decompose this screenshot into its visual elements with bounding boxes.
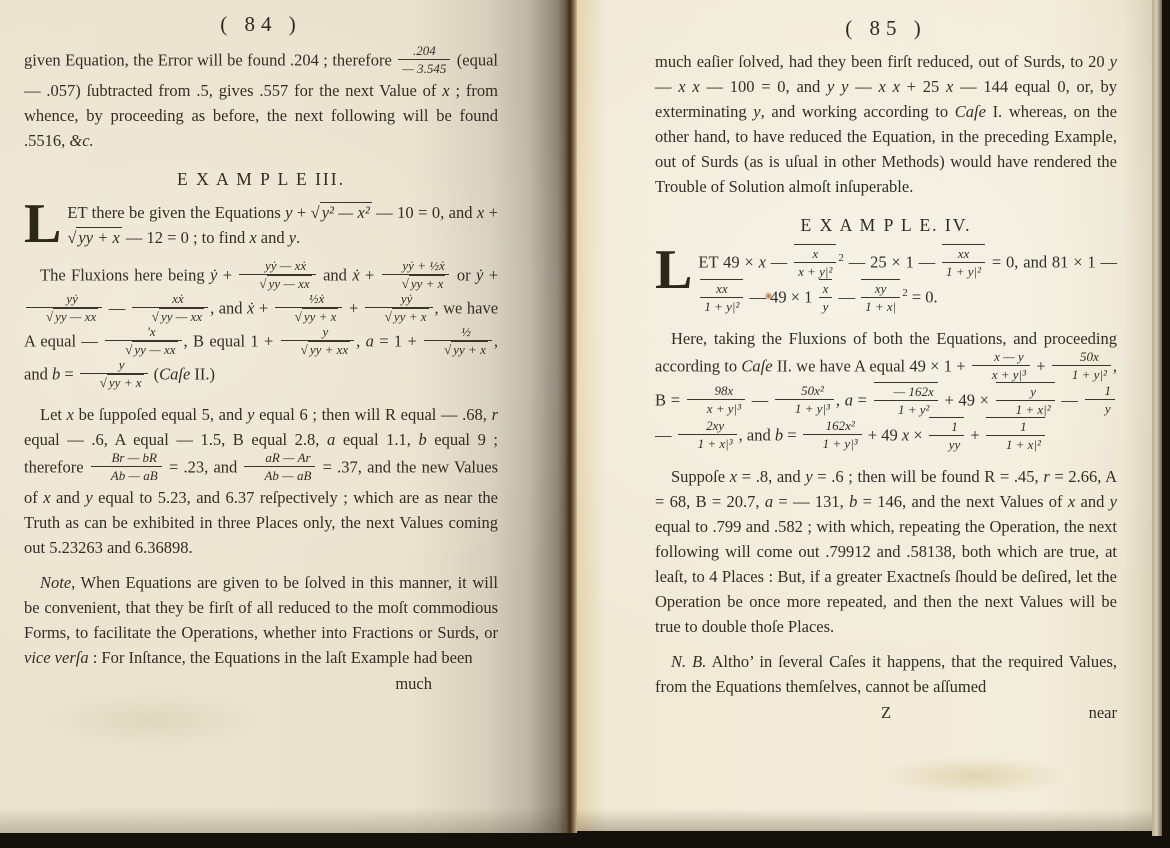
fraction-numerator: ½ (424, 324, 492, 341)
fraction-numerator: ½ẋ (275, 291, 343, 308)
left-page: ( 84 ) given Equation, the Error will be… (0, 0, 569, 833)
text-run: given Equation, the Error will be found … (24, 50, 396, 69)
fraction-numerator: y (996, 382, 1055, 401)
fraction-numerator: 98x (687, 383, 745, 400)
fraction-denominator: √yy + x (382, 275, 450, 291)
drop-cap: L (24, 200, 67, 246)
italic-run: x (730, 467, 737, 486)
fraction-denominator: y (1085, 400, 1116, 416)
text-run: + 25 (900, 77, 946, 96)
math-fraction: 1yy (929, 417, 965, 452)
text-run: , and working accord­ing to (761, 102, 955, 121)
text-run: = (60, 364, 78, 383)
fraction-numerator: 50x (1052, 349, 1111, 366)
italic-run: &c. (69, 131, 93, 150)
math-fraction: 50x²1 + y|³ (775, 383, 834, 416)
text-run: + 49 × (940, 391, 994, 410)
text-run: Let (40, 405, 67, 424)
math-fraction: 50x1 + y|² (1052, 349, 1111, 382)
text-run: + (293, 203, 311, 222)
sqrt-expression: √y² — x² (311, 202, 372, 222)
italic-run: x x (878, 77, 899, 96)
text-run: — (1057, 391, 1083, 410)
radicand: yy + x (76, 227, 121, 247)
fraction-numerator: x (794, 244, 836, 263)
text-run: = (783, 426, 801, 445)
radicand: yy + x (451, 341, 488, 357)
fraction-numerator: Br — bR (91, 450, 162, 467)
text-run: equal 6 ; then will R equal — .68, (254, 405, 491, 424)
text-run: Suppoſe (671, 467, 730, 486)
paragraph-fluxions: The Fluxions here being ẏ + yẏ — xẋ√yy —… (24, 260, 498, 392)
text-run: ET 49 × (698, 253, 758, 272)
fraction-numerator: x — y (972, 349, 1030, 366)
fraction-denominator: 1 + x|² (996, 401, 1055, 417)
paragraph-here-taking: Here, taking the Fluxions of both the Eq… (655, 326, 1117, 454)
math-fraction: xx + y|² (794, 244, 836, 279)
example-iii-heading: E X A M P L E III. (24, 169, 498, 190)
italic-run: y (753, 102, 760, 121)
right-page-number: ( 85 ) (655, 16, 1117, 41)
radicand: yy + x (107, 374, 144, 390)
text-run: — 25 × 1 — (844, 253, 940, 272)
fraction-denominator: 1 + x| (861, 298, 900, 314)
text-run: + (484, 203, 498, 222)
text-run: E X A M P L E. IV. (801, 215, 972, 235)
math-fraction: 162x²1 + y|³ (803, 418, 862, 451)
fraction-denominator: 1 + y|³ (775, 400, 834, 416)
paragraph-note: Note, When Equations are given to be ſol… (24, 570, 498, 670)
text-run: — 10 = 0, and (372, 203, 477, 222)
text-run: equal to 5.23, and 6.37 reſpectively ; w… (24, 488, 498, 557)
fraction-denominator: y (819, 298, 833, 314)
math-fraction: .204— 3.545 (398, 43, 450, 76)
fraction-numerator: 1 (929, 417, 965, 436)
text-run: + (360, 265, 380, 284)
fraction-denominator: 1 + y|² (1052, 366, 1111, 382)
text-run: II.) (190, 364, 215, 383)
math-fraction: 'x√yy — xx (105, 324, 181, 357)
paragraph-continuation: given Equation, the Error will be found … (24, 45, 498, 153)
text-run: + (217, 265, 237, 284)
math-fraction: 98xx + y|³ (687, 383, 745, 416)
fraction-denominator: 1 + y|² (942, 263, 985, 279)
paragraph-let-equations: LET there be given the Equations y + √y²… (24, 200, 498, 250)
italic-run: Caſe (741, 357, 772, 376)
radicand: yy + xx (308, 341, 350, 357)
text-run: — (104, 298, 130, 317)
text-run: , B equal 1 + (184, 331, 279, 350)
left-catchword: much (24, 674, 498, 694)
math-fraction: x — yx + y|³ (972, 349, 1030, 382)
fraction-numerator: 50x² (775, 383, 834, 400)
fraction-denominator: √yy + x (365, 308, 433, 324)
fraction-numerator: yẏ (365, 291, 433, 308)
text-run: = 1 + (374, 331, 422, 350)
text-run: + 49 (864, 426, 902, 445)
text-run: + (1032, 357, 1050, 376)
paragraph-suppose: Suppoſe x = .8, and y = .6 ; then will b… (655, 464, 1117, 639)
italic-run: b (775, 426, 783, 445)
math-fraction: xx1 + y|² (942, 244, 985, 279)
italic-run: x x (678, 77, 699, 96)
right-text-column: ( 85 ) much eaſier ſolved, had they been… (655, 16, 1117, 723)
text-run: . (296, 228, 300, 247)
radicand: yy + x (302, 308, 339, 324)
italic-run: ẋ (352, 265, 359, 284)
text-run: — (655, 426, 676, 445)
sqrt-expression: √yy + x (67, 227, 121, 247)
page-edges (1152, 0, 1162, 836)
book-scan: ( 84 ) given Equation, the Error will be… (0, 0, 1170, 848)
fraction-denominator: 1 + y|² (700, 298, 743, 314)
italic-run: x (442, 81, 449, 100)
left-page-blocks: given Equation, the Error will be found … (24, 45, 498, 670)
text-run: equal 1.1, (335, 430, 418, 449)
text-run: = — 131, (773, 492, 849, 511)
text-run: — (655, 77, 678, 96)
paragraph-let-example-iv: LET 49 × x — xx + y|²2 — 25 × 1 — xx1 + … (655, 246, 1117, 316)
italic-run: y (85, 488, 92, 507)
text-run: equal to .799 and .582 ; with which, rep… (655, 517, 1117, 636)
right-catchword: near (997, 703, 1117, 723)
text-run: — 12 = 0 ; to find (122, 228, 250, 247)
italic-run: Caſe (159, 364, 190, 383)
paragraph-much-easier: much eaſier ſolved, had they been firſt … (655, 49, 1117, 199)
fraction-denominator: √yy — xx (132, 308, 208, 324)
math-fraction: 2xy1 + x|³ (678, 418, 737, 451)
fraction-numerator: x (819, 279, 833, 298)
italic-run: Caſe (955, 102, 986, 121)
italic-run: N. B. (671, 652, 706, 671)
paragraph-numeric-values: Let x be ſuppoſed equal 5, and y equal 6… (24, 402, 498, 560)
text-run: or (451, 265, 476, 284)
signature-line: Z near (655, 703, 1117, 723)
text-run: — (848, 77, 878, 96)
math-fraction: 11 + x|² (986, 417, 1045, 452)
fraction-denominator: √yy — xx (239, 275, 315, 291)
text-run: E X A M P L E III. (177, 169, 345, 189)
math-fraction: yẏ + ½ẋ√yy + x (382, 258, 450, 291)
italic-run: y (1110, 492, 1117, 511)
text-run: = 0, and 81 × 1 — (987, 253, 1117, 272)
italic-run: a (765, 492, 773, 511)
signature-mark: Z (655, 703, 997, 723)
math-fraction: yẏ — xẋ√yy — xx (239, 258, 315, 291)
text-run: — 100 = 0, and (700, 77, 827, 96)
text-run: ( (150, 364, 160, 383)
left-page-number: ( 84 ) (24, 12, 498, 37)
fraction-numerator: 162x² (803, 418, 862, 435)
italic-run: Note (40, 573, 71, 592)
math-fraction: aR — ArAb — aB (244, 450, 315, 483)
fraction-denominator: 1 + x|² (986, 436, 1045, 452)
italic-run: y y (827, 77, 848, 96)
text-run: + (254, 298, 272, 317)
fraction-numerator: 1 (1085, 383, 1116, 400)
text-run: = .6 ; then will be found R = .45, (813, 467, 1044, 486)
text-run: + (344, 298, 362, 317)
italic-run: y (285, 203, 292, 222)
fraction-denominator: √yy — xx (26, 308, 102, 324)
math-fraction: ½√yy + x (424, 324, 492, 357)
math-fraction: Br — bRAb — aB (91, 450, 162, 483)
example-iv-heading: E X A M P L E. IV. (655, 215, 1117, 236)
fraction-numerator: xx (942, 244, 985, 263)
text-run: ET there be given the Equations (67, 203, 285, 222)
fraction-numerator: .204 (398, 43, 450, 60)
italic-run: b (52, 364, 60, 383)
italic-run: b (418, 430, 426, 449)
radicand: yy — xx (53, 308, 98, 324)
fraction-denominator: 1 + y² (874, 401, 938, 417)
math-fraction: — 162x1 + y² (874, 382, 938, 417)
text-run: + (483, 265, 498, 284)
math-fraction: y√yy + x (80, 357, 148, 390)
fraction-numerator: yẏ (26, 291, 102, 308)
fraction-denominator: yy (929, 436, 965, 452)
math-fraction: xẋ√yy — xx (132, 291, 208, 324)
text-run: , (836, 391, 845, 410)
fraction-denominator: x + y|³ (972, 366, 1030, 382)
text-run: be ſuppoſed equal 5, and (74, 405, 247, 424)
math-fraction: xy1 + x| (861, 279, 900, 314)
fraction-numerator: xx (700, 279, 743, 298)
math-fraction: ½ẋ√yy + x (275, 291, 343, 324)
fraction-denominator: x + y|² (794, 263, 836, 279)
fraction-denominator: 1 + y|³ (803, 435, 862, 451)
text-run: , and (210, 298, 247, 317)
fraction-denominator: √yy + x (275, 308, 343, 324)
text-run: The Fluxions here being (40, 265, 210, 284)
fraction-denominator: √yy + xx (281, 341, 355, 357)
fraction-denominator: √yy + x (424, 341, 492, 357)
fraction-denominator: √yy + x (80, 374, 148, 390)
italic-run: r (492, 405, 498, 424)
fraction-numerator: — 162x (874, 382, 938, 401)
italic-run: y (289, 228, 296, 247)
text-run: Altho’ in ſeveral Caſes it happens, that… (655, 652, 1117, 696)
right-page: ( 85 ) much eaſier ſolved, had they been… (577, 0, 1152, 831)
text-run: — (766, 253, 792, 272)
fraction-denominator: x + y|³ (687, 400, 745, 416)
italic-run: y (1110, 52, 1117, 71)
text-run: — (834, 288, 859, 307)
text-run: × (909, 426, 927, 445)
math-fraction: yẏ√yy + x (365, 291, 433, 324)
fraction-numerator: y (281, 324, 355, 341)
text-run: = .23, and (164, 457, 243, 476)
text-run: much eaſier ſolved, had they been firſt … (655, 52, 1110, 71)
text-run: and (51, 488, 86, 507)
text-run: and (1075, 492, 1109, 511)
math-fraction: 1y (1085, 383, 1116, 416)
drop-cap: L (655, 246, 698, 292)
math-fraction: xy (819, 279, 833, 314)
fraction-denominator: — 3.545 (398, 60, 450, 76)
text-run: = .8, and (737, 467, 805, 486)
text-run: + (966, 426, 984, 445)
italic-run: vice verſa (24, 648, 89, 667)
italic-run: x (43, 488, 50, 507)
radicand: yy — xx (159, 308, 204, 324)
italic-run: y (805, 467, 812, 486)
text-run: — 49 × 1 (745, 288, 816, 307)
italic-run: x (67, 405, 74, 424)
text-run: , and (739, 426, 775, 445)
italic-run: x (759, 253, 766, 272)
radicand: yy — xx (132, 341, 177, 357)
math-fraction: xx1 + y|² (700, 279, 743, 314)
text-run: , (356, 331, 365, 350)
radicand: y² — x² (320, 202, 372, 222)
text-run: II. we have A equal 49 × 1 + (773, 357, 970, 376)
text-run: and (318, 265, 353, 284)
fraction-denominator: Ab — aB (244, 467, 315, 483)
fraction-denominator: Ab — aB (91, 467, 162, 483)
fraction-numerator: yẏ + ½ẋ (382, 258, 450, 275)
radicand: yy + x (409, 275, 446, 291)
italic-run: x (249, 228, 256, 247)
text-run: , When Equations are given to be ſolved … (24, 573, 498, 642)
text-run: — (747, 391, 773, 410)
radicand: yy + x (392, 308, 429, 324)
italic-run: a (366, 331, 374, 350)
math-fraction: yẏ√yy — xx (26, 291, 102, 324)
fraction-denominator: 1 + x|³ (678, 435, 737, 451)
right-page-blocks: much eaſier ſolved, had they been firſt … (655, 49, 1117, 699)
fraction-numerator: xy (861, 279, 900, 298)
fraction-numerator: aR — Ar (244, 450, 315, 467)
text-run: = 146, and the next Values of (857, 492, 1068, 511)
fraction-numerator: yẏ — xẋ (239, 258, 315, 275)
text-run: = (853, 391, 872, 410)
left-text-column: ( 84 ) given Equation, the Error will be… (24, 12, 498, 694)
text-run: and (257, 228, 289, 247)
fraction-numerator: 'x (105, 324, 181, 341)
math-fraction: y1 + x|² (996, 382, 1055, 417)
italic-run: a (845, 391, 853, 410)
book-gutter (565, 0, 577, 833)
fraction-numerator: xẋ (132, 291, 208, 308)
fraction-numerator: y (80, 357, 148, 374)
fraction-denominator: √yy — xx (105, 341, 181, 357)
text-run: equal — .6, A equal — 1.5, B equal 2.8, (24, 430, 327, 449)
paragraph-nb: N. B. Altho’ in ſeveral Caſes it happens… (655, 649, 1117, 699)
math-fraction: y√yy + xx (281, 324, 355, 357)
text-run: : For Inſtance, the Equations in the laſ… (89, 648, 473, 667)
fraction-numerator: 2xy (678, 418, 737, 435)
radicand: yy — xx (267, 275, 312, 291)
fraction-numerator: 1 (986, 417, 1045, 436)
text-run: = 0. (908, 288, 938, 307)
